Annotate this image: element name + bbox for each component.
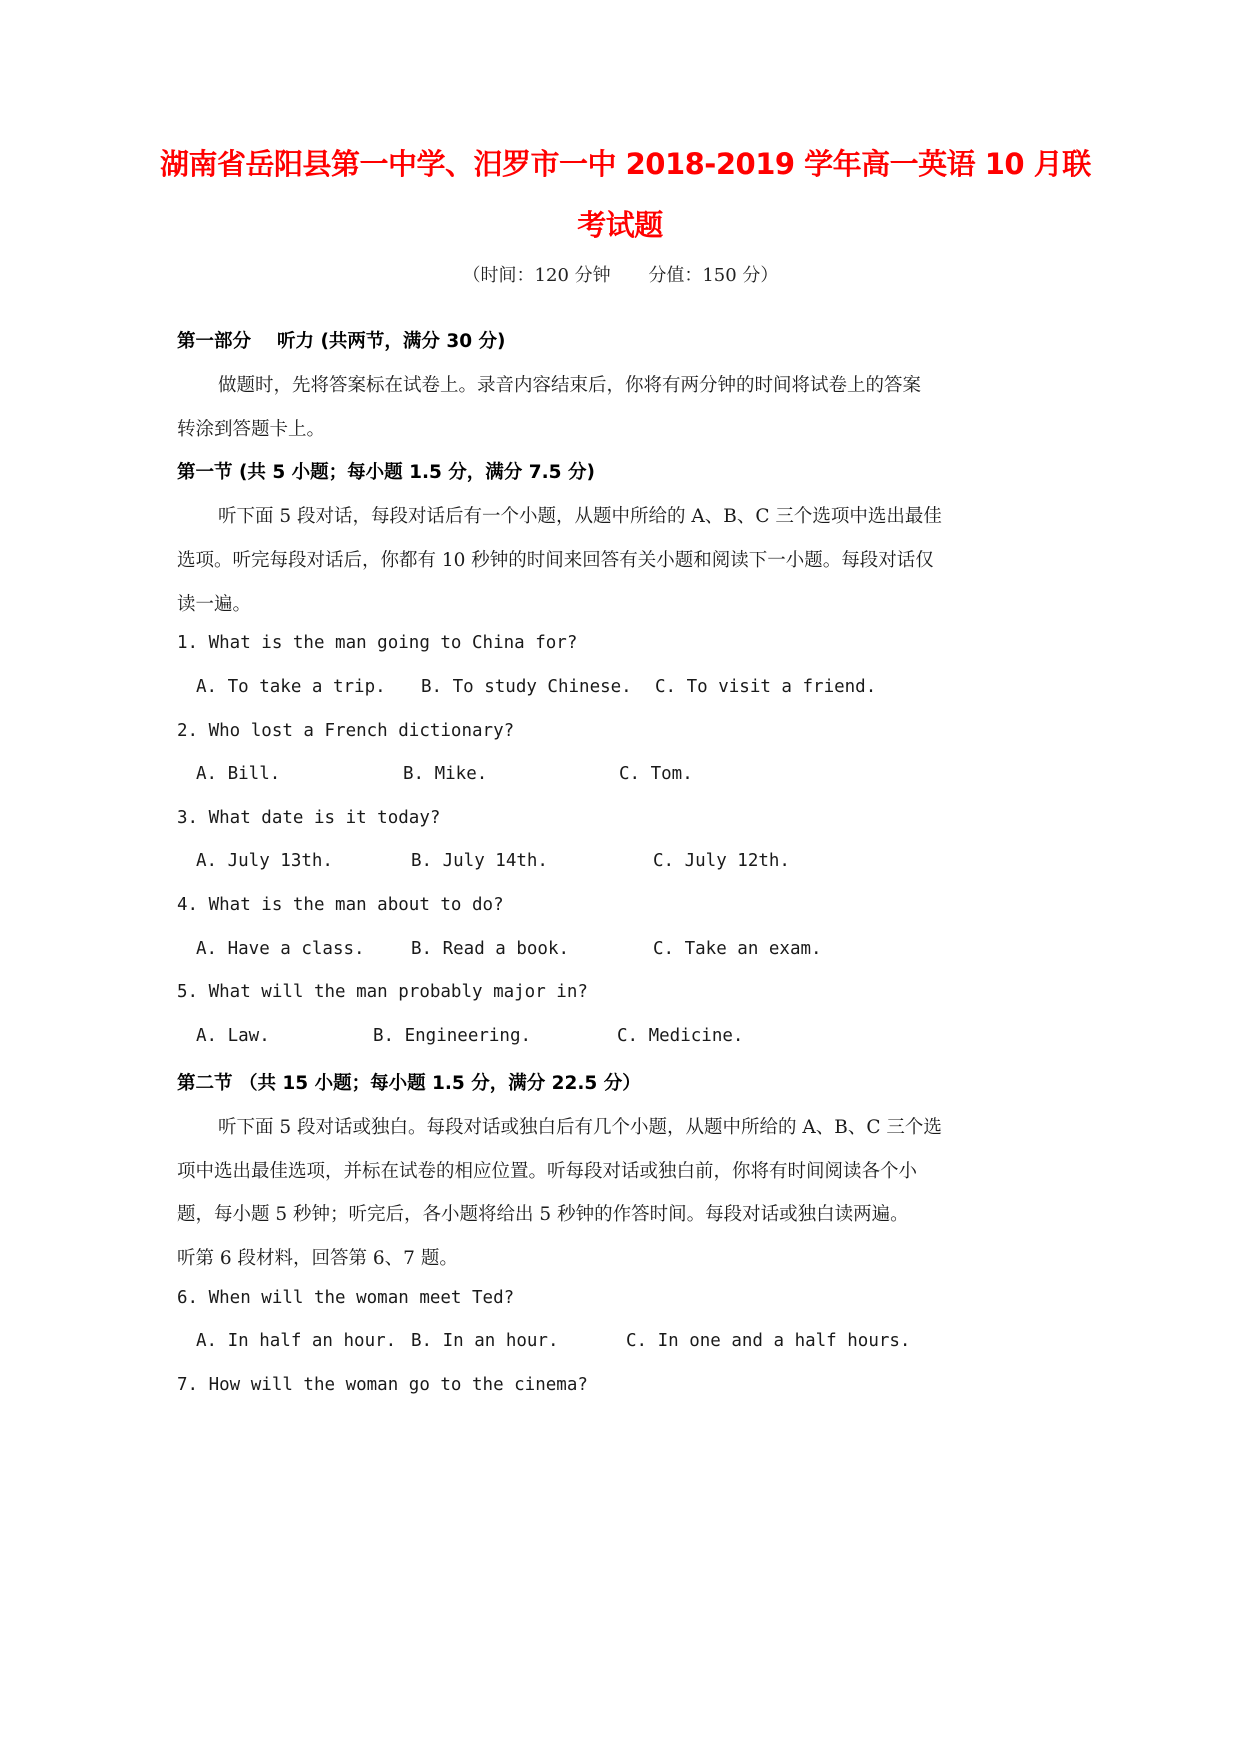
q3-option-a: A. July 13th.: [196, 851, 333, 871]
q3-option-b: B. July 14th.: [411, 851, 548, 871]
q1-option-b: B. To study Chinese.: [421, 677, 632, 697]
question-4: 4. What is the man about to do?: [177, 895, 504, 915]
exam-page: 湖南省岳阳县第一中学、汨罗市一中 2018-2019 学年高一英语 10 月联 …: [0, 0, 1241, 1754]
section2-instructions-line1: 听下面 5 段对话或独白。每段对话或独白后有几个小题，从题中所给的 A、B、C …: [218, 1113, 942, 1139]
exam-score: 分值：150 分）: [648, 265, 778, 286]
q5-option-c: C. Medicine.: [617, 1026, 743, 1046]
question-3: 3. What date is it today?: [177, 808, 440, 828]
part1-instructions-line1: 做题时，先将答案标在试卷上。录音内容结束后，你将有两分钟的时间将试卷上的答案: [218, 371, 921, 397]
exam-meta: （时间：120 分钟 分值：150 分）: [0, 261, 1241, 287]
q1-option-a: A. To take a trip.: [196, 677, 386, 697]
q5-option-a: A. Law.: [196, 1026, 270, 1046]
q3-option-c: C. July 12th.: [653, 851, 790, 871]
section2-heading: 第二节 （共 15 小题；每小题 1.5 分，满分 22.5 分）: [177, 1069, 641, 1095]
section2-instructions-line3: 题，每小题 5 秒钟；听完后，各小题将给出 5 秒钟的作答时间。每段对话或独白读…: [177, 1200, 909, 1226]
exam-title-line2: 考试题: [160, 203, 1080, 244]
q6-option-b: B. In an hour.: [411, 1331, 559, 1351]
q1-option-c: C. To visit a friend.: [655, 677, 876, 697]
exam-time: （时间：120 分钟: [463, 265, 611, 286]
exam-title-line1: 湖南省岳阳县第一中学、汨罗市一中 2018-2019 学年高一英语 10 月联: [160, 142, 1080, 183]
question-1: 1. What is the man going to China for?: [177, 633, 577, 653]
part1-instructions-line2: 转涂到答题卡上。: [177, 415, 325, 441]
material-note: 听第 6 段材料，回答第 6、7 题。: [177, 1244, 458, 1270]
section1-instructions-line3: 读一遍。: [177, 590, 251, 616]
question-6: 6. When will the woman meet Ted?: [177, 1288, 514, 1308]
q4-option-b: B. Read a book.: [411, 939, 569, 959]
q2-option-a: A. Bill.: [196, 764, 280, 784]
q4-option-c: C. Take an exam.: [653, 939, 822, 959]
q4-option-a: A. Have a class.: [196, 939, 365, 959]
q2-option-c: C. Tom.: [619, 764, 693, 784]
part1-title: 听力 (共两节，满分 30 分): [277, 331, 505, 352]
q5-option-b: B. Engineering.: [373, 1026, 531, 1046]
section1-instructions-line1: 听下面 5 段对话，每段对话后有一个小题，从题中所给的 A、B、C 三个选项中选…: [218, 502, 942, 528]
part1-label: 第一部分: [177, 331, 251, 352]
question-5: 5. What will the man probably major in?: [177, 982, 588, 1002]
section2-instructions-line2: 项中选出最佳选项，并标在试卷的相应位置。听每段对话或独白前，你将有时间阅读各个小: [177, 1157, 917, 1183]
question-7: 7. How will the woman go to the cinema?: [177, 1375, 588, 1395]
question-2: 2. Who lost a French dictionary?: [177, 721, 514, 741]
part1-heading: 第一部分听力 (共两节，满分 30 分): [177, 327, 506, 353]
section1-heading: 第一节 (共 5 小题；每小题 1.5 分，满分 7.5 分): [177, 458, 595, 484]
section1-instructions-line2: 选项。听完每段对话后，你都有 10 秒钟的时间来回答有关小题和阅读下一小题。每段…: [177, 546, 934, 572]
q6-option-c: C. In one and a half hours.: [626, 1331, 910, 1351]
q2-option-b: B. Mike.: [403, 764, 487, 784]
q6-option-a: A. In half an hour.: [196, 1331, 396, 1351]
